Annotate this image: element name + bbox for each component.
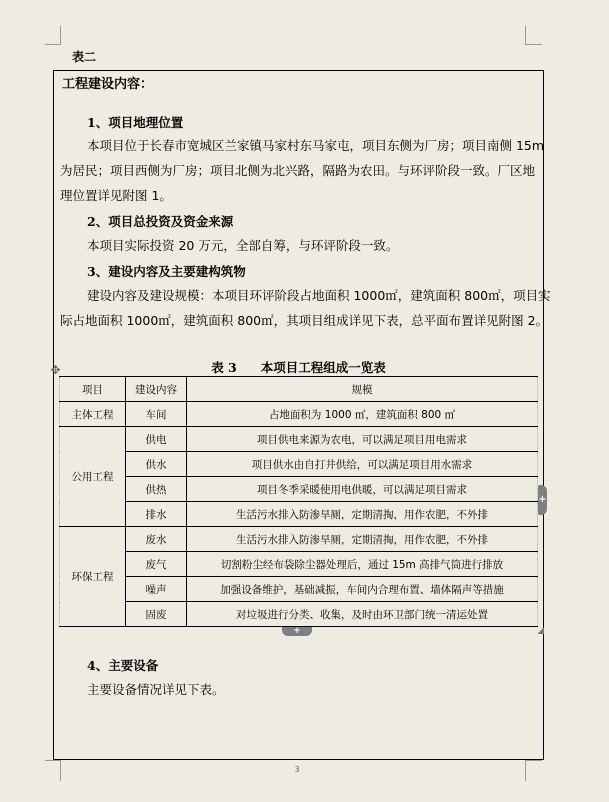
item-2-paragraph[interactable]: 本项目实际投资 20 万元，全部自筹，与环评阶段一致。 (60, 233, 544, 258)
content-cell: 废水 (126, 527, 187, 552)
scale-cell: 切割粉尘经布袋除尘器处理后，通过 15m 高排气筒进行排放 (187, 552, 538, 577)
table-caption-title: 本项目工程组成一览表 (261, 360, 386, 375)
paragraph-line: 际占地面积 1000㎡，建筑面积 800㎡，其项目组成详见下表，总平面布置详见附… (60, 308, 544, 333)
scale-cell: 占地面积为 1000 ㎡，建筑面积 800 ㎡ (187, 402, 538, 427)
content-cell: 车间 (126, 402, 187, 427)
scale-cell: 对垃圾进行分类、收集，及时由环卫部门统一清运处置 (187, 602, 538, 627)
header-content: 建设内容 (126, 377, 187, 402)
table-row: 供水 项目供水由自打井供给，可以满足项目用水需求 (60, 452, 538, 477)
table-caption: 表 3本项目工程组成一览表 (60, 358, 537, 376)
paragraph-line: 本项目位于长春市宽城区兰家镇马家村东马家屯，项目东侧为厂房；项目南侧 15m (60, 133, 544, 158)
table-caption-number: 表 3 (211, 360, 237, 375)
page-number: 3 (290, 765, 304, 774)
header-project: 项目 (60, 377, 126, 402)
item-4-paragraph[interactable]: 主要设备情况详见下表。 (60, 677, 544, 702)
table-row: 环保工程 废水 生活污水排入防渗旱厕，定期清掏，用作农肥，不外排 (60, 527, 538, 552)
section-heading: 工程建设内容： (62, 73, 153, 92)
paragraph-line: 理位置详见附图 1。 (60, 183, 544, 208)
table-header-row: 项目 建设内容 规模 (60, 377, 538, 402)
item-2-heading: 2、项目总投资及资金来源 (87, 212, 233, 230)
table-resize-handle-icon[interactable] (538, 628, 544, 634)
content-cell: 噪声 (126, 577, 187, 602)
project-composition-table[interactable]: 项目 建设内容 规模 主体工程 车间 占地面积为 1000 ㎡，建筑面积 800… (59, 376, 538, 627)
scale-cell: 项目供电来源为农电，可以满足项目用电需求 (187, 427, 538, 452)
item-1-paragraph[interactable]: 本项目位于长春市宽城区兰家镇马家村东马家屯，项目东侧为厂房；项目南侧 15m 为… (60, 133, 544, 208)
content-cell: 供水 (126, 452, 187, 477)
crop-mark-top-right (525, 26, 542, 45)
content-cell: 供热 (126, 477, 187, 502)
item-3-heading: 3、建设内容及主要建构筑物 (87, 262, 246, 280)
content-cell: 固废 (126, 602, 187, 627)
scale-cell: 项目供水由自打井供给，可以满足项目用水需求 (187, 452, 538, 477)
paragraph-line: 本项目实际投资 20 万元，全部自筹，与环评阶段一致。 (60, 233, 544, 258)
table-row: 主体工程 车间 占地面积为 1000 ㎡，建筑面积 800 ㎡ (60, 402, 538, 427)
crop-mark-top-left (45, 26, 61, 45)
item-3-paragraph[interactable]: 建设内容及建设规模：本项目环评阶段占地面积 1000㎡，建筑面积 800㎡，项目… (60, 283, 544, 333)
paragraph-line: 为居民；项目西侧为厂房；项目北侧为北兴路，隔路为农田。与环评阶段一致。厂区地 (60, 158, 544, 183)
scale-cell: 项目冬季采暖使用电供暖，可以满足项目需求 (187, 477, 538, 502)
add-column-plus-icon[interactable]: + (538, 485, 547, 515)
header-scale: 规模 (187, 377, 538, 402)
table-row: 固废 对垃圾进行分类、收集，及时由环卫部门统一清运处置 (60, 602, 538, 627)
table-row: 废气 切割粉尘经布袋除尘器处理后，通过 15m 高排气筒进行排放 (60, 552, 538, 577)
add-row-plus-icon[interactable]: + (282, 627, 312, 636)
table-row: 排水 生活污水排入防渗旱厕，定期清掏，用作农肥，不外排 (60, 502, 538, 527)
category-cell: 环保工程 (60, 527, 126, 627)
paragraph-line: 建设内容及建设规模：本项目环评阶段占地面积 1000㎡，建筑面积 800㎡，项目… (60, 283, 544, 308)
content-cell: 排水 (126, 502, 187, 527)
document-table-label: 表二 (72, 48, 96, 65)
paragraph-line: 主要设备情况详见下表。 (60, 677, 544, 702)
item-4-heading: 4、主要设备 (87, 656, 158, 674)
category-cell: 公用工程 (60, 427, 126, 527)
item-1-heading: 1、项目地理位置 (87, 113, 183, 131)
table-row: 噪声 加强设备维护，基础减振，车间内合理布置、墙体隔声等措施 (60, 577, 538, 602)
table-row: 供热 项目冬季采暖使用电供暖，可以满足项目需求 (60, 477, 538, 502)
crop-mark-bottom-left (45, 760, 61, 781)
scale-cell: 加强设备维护，基础减振，车间内合理布置、墙体隔声等措施 (187, 577, 538, 602)
scale-cell: 生活污水排入防渗旱厕，定期清掏，用作农肥，不外排 (187, 502, 538, 527)
table-row: 公用工程 供电 项目供电来源为农电，可以满足项目用电需求 (60, 427, 538, 452)
content-cell: 废气 (126, 552, 187, 577)
content-cell: 供电 (126, 427, 187, 452)
crop-mark-bottom-right (525, 760, 542, 781)
category-cell: 主体工程 (60, 402, 126, 427)
scale-cell: 生活污水排入防渗旱厕，定期清掏，用作农肥，不外排 (187, 527, 538, 552)
